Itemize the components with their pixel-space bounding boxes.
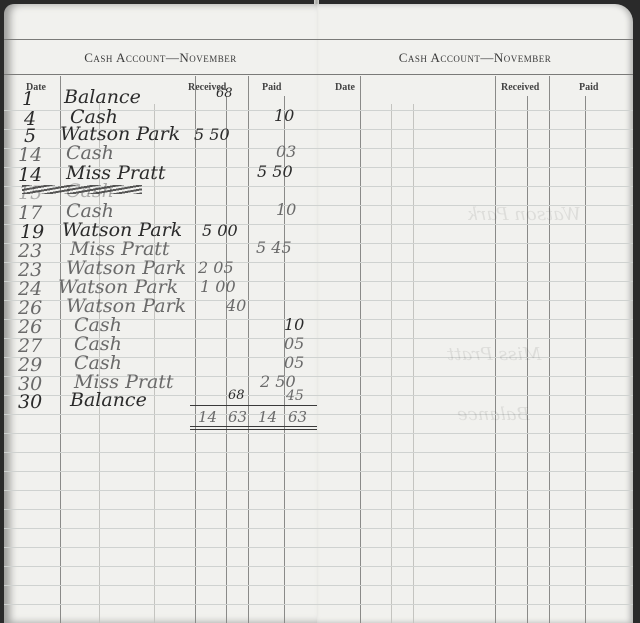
entry-received: 68 [228,388,245,403]
total-paid-cents: 63 [288,408,307,426]
entry-paid: 10 [284,315,304,334]
title-month: November [179,50,236,65]
left-page: Cash Account—November Date Received Paid… [4,4,317,623]
date-column-divider [360,76,361,623]
top-rule [317,39,633,40]
title-prefix: Cash Account [84,50,166,65]
entry-received: 40 [226,296,246,315]
ink-show-through: Miss Pratt [447,344,541,365]
sum-underline [190,405,317,406]
header-rule [4,74,317,75]
paid-cents-divider [585,96,586,623]
received-column-divider [195,76,196,623]
faint-divider [391,104,392,623]
entry-paid: 03 [276,142,296,161]
total-paid-dollars: 14 [258,408,277,426]
header-rule [317,74,633,75]
double-underline-1 [190,426,317,427]
entry-paid: 5 45 [256,238,292,257]
entry-paid: 10 [274,106,294,125]
top-rule [4,39,317,40]
entry-received: 5 50 [194,125,230,144]
entry-received: 2 05 [198,258,234,277]
entry-date: 1 [22,88,34,110]
title-dash: — [166,50,180,65]
account-book: Cash Account—November Date Received Paid… [0,0,640,623]
entry-description: Balance [64,86,141,108]
paid-column-header: Paid [579,82,598,93]
date-column-header: Date [335,82,355,93]
paid-column-divider [549,76,550,623]
strikethrough-scribble [22,185,142,194]
entry-paid: 05 [284,334,304,353]
entry-received: 5 00 [202,221,238,240]
right-page: Cash Account—November Date Received Paid… [317,4,633,623]
entry-paid: 5 50 [257,162,293,181]
total-received-cents: 63 [228,408,247,426]
faint-divider [413,104,414,623]
entry-description: Balance [70,389,147,411]
right-page-title: Cash Account—November [317,50,633,66]
title-prefix: Cash Account [399,50,481,65]
paid-column-divider [248,76,249,623]
entry-paid: 10 [276,200,296,219]
entry-paid: 05 [284,353,304,372]
left-page-title: Cash Account—November [4,50,317,66]
received-column-header: Received [501,82,539,93]
received-cents-divider [226,96,227,623]
date-column-divider [60,76,61,623]
ink-show-through: Balance [457,404,530,425]
paid-column-header: Paid [262,82,281,93]
entry-description: Cash [66,142,114,164]
ink-show-through: Watson Park [467,204,581,225]
title-month: November [494,50,551,65]
entry-received: 1 00 [200,277,236,296]
total-received-dollars: 14 [198,408,217,426]
title-dash: — [480,50,494,65]
entry-date: 14 [18,144,42,166]
entry-date: 30 [18,391,42,413]
double-underline-2 [190,429,317,430]
entry-paid: 45 [286,388,304,404]
entry-received: 68 [216,86,233,101]
